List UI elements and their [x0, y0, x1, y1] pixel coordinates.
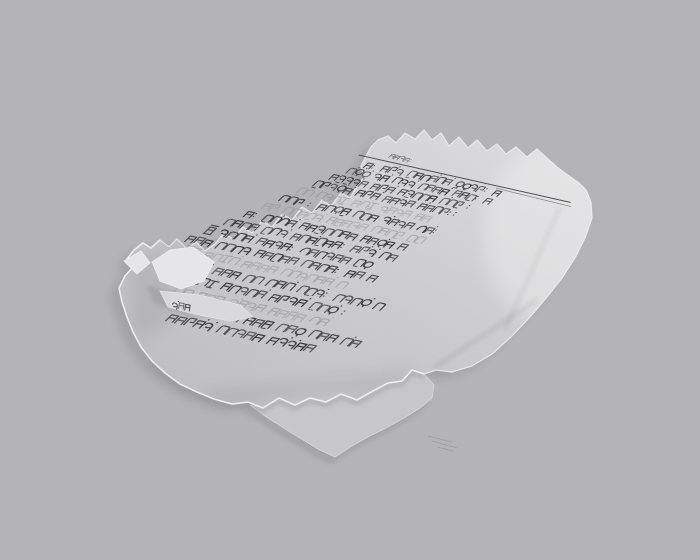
manuscript-photo: [0, 0, 700, 560]
photo-stage: [0, 0, 700, 560]
